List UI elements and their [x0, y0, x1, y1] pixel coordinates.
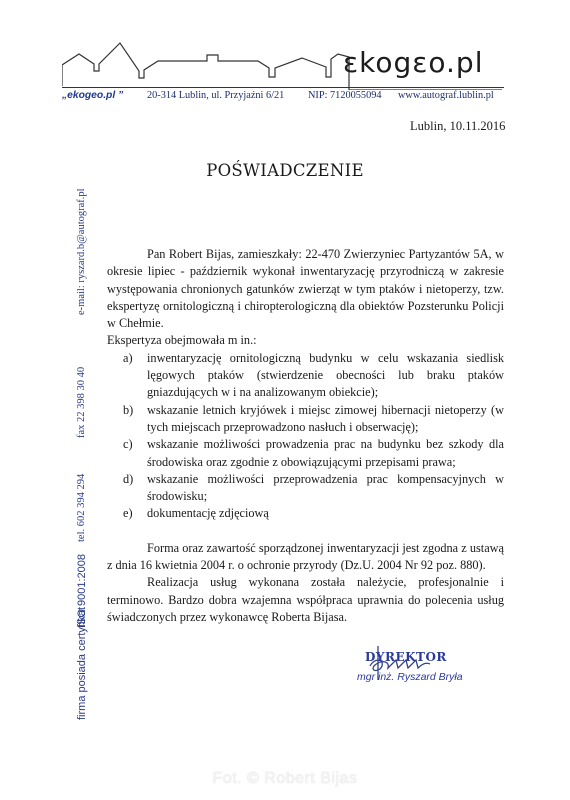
- header-divider: [62, 87, 504, 88]
- brand-wordmark: εkogεo.pl: [343, 46, 483, 79]
- list-item-text: inwentaryzację ornitologiczną budynku w …: [147, 351, 504, 400]
- list-item-text: dokumentację zdjęciową: [147, 506, 269, 520]
- signature-name: mgr inż. Ryszard Bryła: [357, 671, 463, 683]
- sidebar-certificate: firma posiada certyfikat: [76, 607, 88, 720]
- document-body: Pan Robert Bijas, zamieszkały: 22-470 Zw…: [107, 246, 504, 626]
- spacer: [107, 523, 504, 540]
- list-item: c)wskazanie możliwości prowadzenia prac …: [107, 436, 504, 471]
- scope-list: a)inwentaryzację ornitologiczną budynku …: [107, 350, 504, 523]
- scope-heading: Ekspertyza obejmowała m in.:: [107, 332, 504, 349]
- company-logo-text: „ekogeo.pl ”: [62, 90, 123, 101]
- header-contact-line: „ekogeo.pl ” 20-314 Lublin, ul. Przyjaźn…: [62, 90, 506, 104]
- list-item: d)wskazanie możliwości przeprowadzenia p…: [107, 471, 504, 506]
- list-item-label: b): [123, 402, 133, 419]
- photo-watermark: Fot. © Robert Bijas: [0, 770, 570, 788]
- list-item-text: wskazanie możliwości prowadzenia prac na…: [147, 437, 504, 468]
- recommendation-paragraph: Realizacja usług wykonana została należy…: [107, 574, 504, 626]
- list-item: a)inwentaryzację ornitologiczną budynku …: [107, 350, 504, 402]
- list-item-label: e): [123, 505, 133, 522]
- company-website: www.autograf.lublin.pl: [398, 90, 494, 101]
- list-item-label: a): [123, 350, 133, 367]
- sidebar-contact: e-mail: ryszard.b@autograf.pl fax 22 398…: [76, 200, 102, 720]
- signature-title: DYREKTOR: [365, 650, 447, 664]
- company-nip: NIP: 7120055094: [308, 90, 382, 101]
- sidebar-email: e-mail: ryszard.b@autograf.pl: [76, 188, 87, 315]
- list-item-label: c): [123, 436, 133, 453]
- sidebar-tel: tel. 602 394 294: [76, 474, 87, 542]
- document-title: POŚWIADCZENIE: [0, 161, 570, 180]
- document-date: Lublin, 10.11.2016: [410, 119, 505, 134]
- law-paragraph: Forma oraz zawartość sporządzonej inwent…: [107, 540, 504, 575]
- sidebar-fax: fax 22 398 30 40: [76, 367, 87, 438]
- list-item-text: wskazanie możliwości przeprowadzenia pra…: [147, 472, 504, 503]
- list-item-label: d): [123, 471, 133, 488]
- list-item: e)dokumentację zdjęciową: [107, 505, 504, 522]
- list-item: b)wskazanie letnich kryjówek i miejsc zi…: [107, 402, 504, 437]
- intro-paragraph: Pan Robert Bijas, zamieszkały: 22-470 Zw…: [107, 246, 504, 332]
- list-item-text: wskazanie letnich kryjówek i miejsc zimo…: [147, 403, 504, 434]
- company-address: 20-314 Lublin, ul. Przyjaźni 6/21: [147, 90, 284, 101]
